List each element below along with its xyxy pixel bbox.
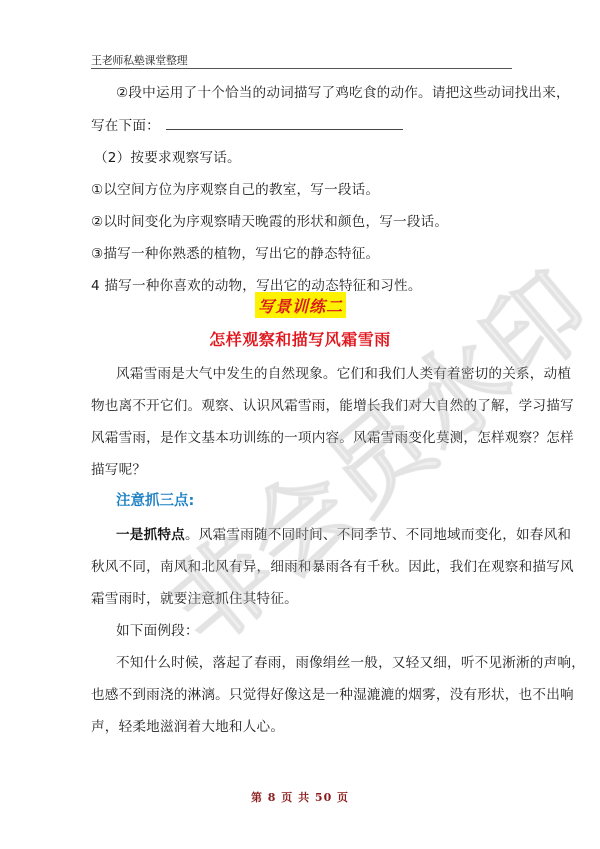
question-2-line-2: 写在下面： <box>91 117 403 135</box>
intro-line-1: 风霜雪雨是大气中发生的自然现象。它们和我们人类有着密切的关系，动植 <box>116 365 571 383</box>
point-1-lead: 一是抓特点 <box>116 527 185 543</box>
part-2-title: （2）按要求观察写话。 <box>94 149 241 167</box>
answer-blank-line <box>166 117 403 130</box>
example-line-1: 不知什么时候，落起了春雨，雨像绢丝一般，又轻又细，听不见淅淅的声响， <box>116 654 585 672</box>
page-number: 第 8 页 共 50 页 <box>0 789 600 805</box>
question-2-line-1: ②段中运用了十个恰当的动词描写了鸡吃食的动作。请把这些动词找出来， <box>116 84 570 102</box>
task-item-3: ③描写一种你熟悉的植物，写出它的静态特征。 <box>91 245 379 263</box>
header-divider <box>91 68 512 69</box>
intro-line-4: 描写呢？ <box>91 461 146 479</box>
intro-line-2: 物也离不开它们。观察、认识风霜雪雨，能增长我们对大自然的了解，学习描写 <box>91 397 574 415</box>
point-1-line-1: 一是抓特点。风霜雪雨随不同时间、不同季节、不同地域而变化，如春风和 <box>116 526 571 544</box>
point-1-line-2: 秋风不同，南风和北风有异，细雨和暴雨各有千秋。因此，我们在观察和描写风 <box>91 558 574 576</box>
example-line-3: 声，轻柔地滋润着大地和人心。 <box>91 718 284 736</box>
intro-line-3: 风霜雪雨，是作文基本功训练的一项内容。风霜雪雨变化莫测，怎样观察？怎样 <box>91 429 574 447</box>
answer-prompt: 写在下面： <box>91 118 160 134</box>
subheading-three-points: 注意抓三点: <box>116 489 194 510</box>
section-badge: 写景训练二 <box>255 292 346 318</box>
point-1-text: 。风霜雪雨随不同时间、不同季节、不同地域而变化，如春风和 <box>185 527 571 543</box>
section-title: 怎样观察和描写风霜雪雨 <box>0 327 600 350</box>
example-label: 如下面例段： <box>116 622 199 640</box>
example-line-2: 也感不到雨浇的淋漓。只觉得好像这是一种湿漉漉的烟雾，没有形状，也不出响 <box>91 686 574 704</box>
task-item-1: ①以空间方位为序观察自己的教室，写一段话。 <box>91 181 379 199</box>
section-badge-text: 写景训练二 <box>258 294 343 317</box>
page-header-title: 王老师私塾课堂整理 <box>91 52 187 68</box>
task-item-2: ②以时间变化为序观察晴天晚霞的形状和颜色，写一段话。 <box>91 213 448 231</box>
point-1-line-3: 霜雪雨时，就要注意抓住其特征。 <box>91 590 298 608</box>
document-page: 王老师私塾课堂整理 ②段中运用了十个恰当的动词描写了鸡吃食的动作。请把这些动词找… <box>0 0 600 849</box>
